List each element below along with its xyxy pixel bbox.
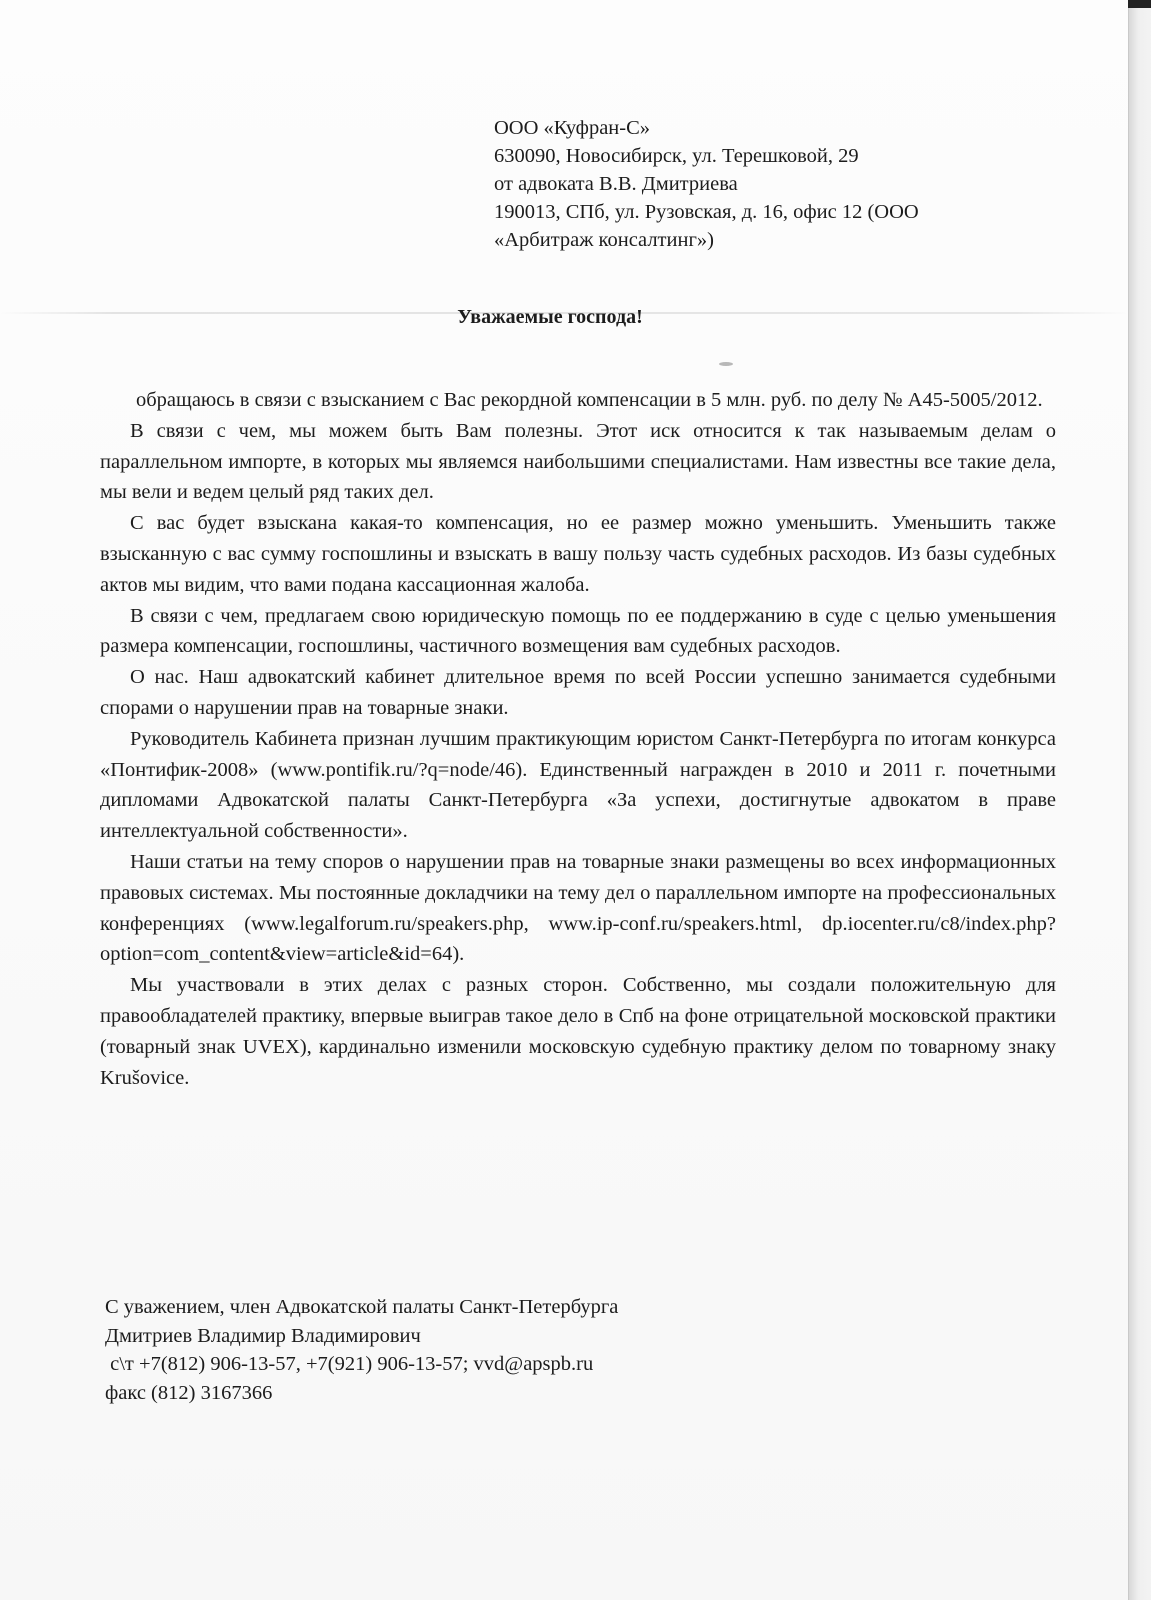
signature-fax: факс (812) 3167366 [105,1379,618,1408]
addressee-block: ООО «Куфран-С» 630090, Новосибирск, ул. … [494,114,919,254]
recipient-address-text: 630090, Новосибирск, ул. Терешковой, 29 [494,145,859,167]
salutation-heading: Уважаемые господа! [0,306,1114,329]
sender-address-line2: «Арбитраж консалтинг») [494,226,919,254]
scan-corner-mark [1128,0,1151,8]
paragraph-5: О нас. Наш адвокатский кабинет длительно… [100,662,1056,724]
paragraph-2: В связи с чем, мы можем быть Вам полезны… [100,416,1056,508]
signature-contacts: c\т +7(812) 906-13-57, +7(921) 906-13-57… [105,1350,618,1379]
scan-speck [719,362,733,366]
signature-block: С уважением, член Адвокатской палаты Сан… [105,1293,618,1407]
paragraph-1: обращаюсь в связи с взысканием с Вас рек… [100,385,1056,416]
recipient-address: 630090, Новосибирск, ул. Терешковой, 29 [494,142,919,170]
scanned-letter-page: ООО «Куфран-С» 630090, Новосибирск, ул. … [0,0,1128,1600]
paragraph-7: Наши статьи на тему споров о нарушении п… [100,847,1056,970]
page-edge-shadow [1128,0,1151,1600]
signature-name: Дмитриев Владимир Владимирович [105,1322,618,1351]
signature-closing: С уважением, член Адвокатской палаты Сан… [105,1293,618,1322]
sender-name: от адвоката В.В. Дмитриева [494,170,919,198]
paragraph-4: В связи с чем, предлагаем свою юридическ… [100,601,1056,663]
recipient-company: ООО «Куфран-С» [494,114,919,142]
letter-body: обращаюсь в связи с взысканием с Вас рек… [100,385,1056,1093]
sender-address-line1: 190013, СПб, ул. Рузовская, д. 16, офис … [494,198,919,226]
paragraph-8: Мы участвовали в этих делах с разных сто… [100,970,1056,1093]
paragraph-6: Руководитель Кабинета признан лучшим пра… [100,724,1056,847]
paragraph-3: С вас будет взыскана какая-то компенсаци… [100,508,1056,600]
